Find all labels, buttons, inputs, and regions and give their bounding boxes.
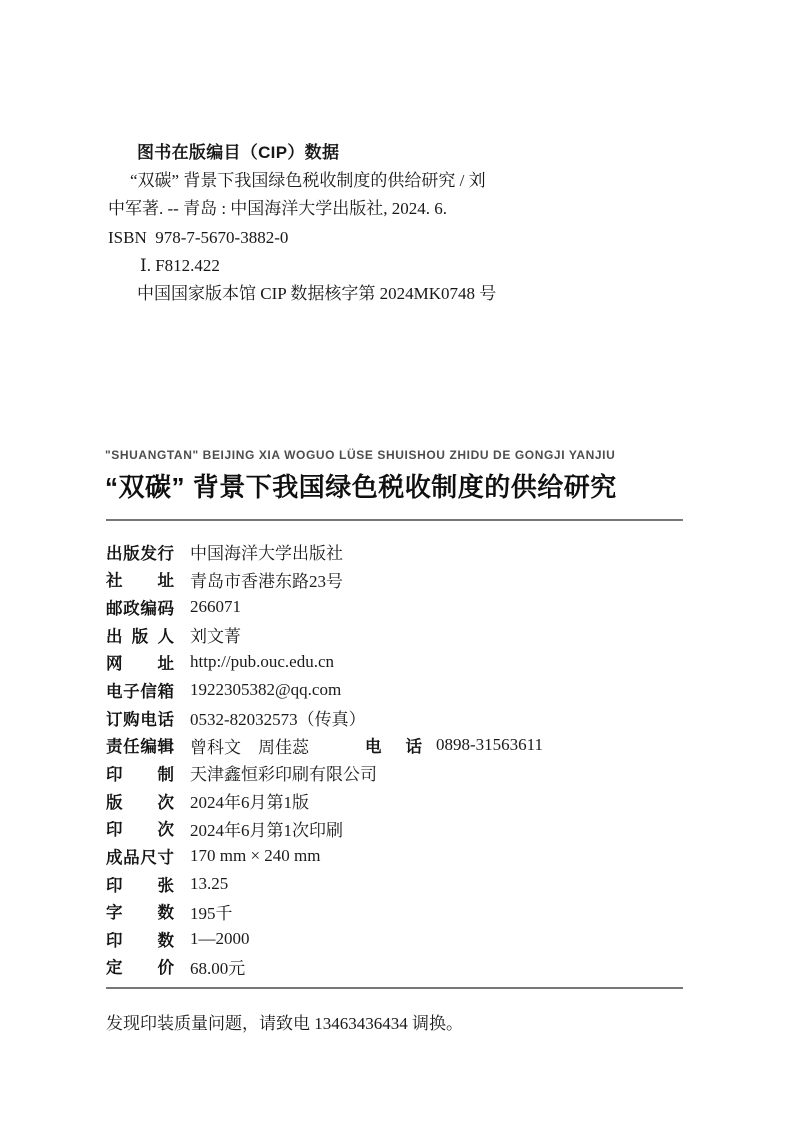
- colophon-table: 出版发行 中国海洋大学出版社 社址 青岛市香港东路23号 邮政编码 266071…: [106, 538, 543, 980]
- row-value: 266071: [190, 597, 241, 617]
- colophon-row-editors: 责任编辑 曾科文 周佳蕊 电话 0898-31563611: [106, 731, 543, 759]
- copyright-page: 图书在版编目（CIP）数据 “双碳” 背景下我国绿色税收制度的供给研究 / 刘 …: [0, 0, 799, 1137]
- colophon-row-printer: 印制 天津鑫恒彩印刷有限公司: [106, 759, 543, 787]
- divider-top: [106, 519, 683, 521]
- row-value: http://pub.ouc.edu.cn: [190, 652, 334, 672]
- row-label: 印数: [106, 927, 174, 951]
- row-value: 青岛市香港东路23号: [190, 567, 343, 592]
- row-label: 字数: [106, 899, 174, 923]
- divider-bottom: [106, 987, 683, 989]
- row-value: 中国海洋大学出版社: [190, 539, 343, 564]
- row-value: 13.25: [190, 874, 228, 894]
- colophon-row-address: 社址 青岛市香港东路23号: [106, 566, 543, 594]
- row-label: 印次: [106, 816, 174, 840]
- row-value: 1—2000: [190, 929, 250, 949]
- colophon-row-print-run: 印数 1—2000: [106, 925, 543, 953]
- row-value: 曾科文 周佳蕊: [190, 733, 309, 758]
- row-label: 出版发行: [106, 540, 174, 564]
- colophon-row-trim-size: 成品尺寸 170 mm × 240 mm: [106, 842, 543, 870]
- colophon-row-publisher-person: 出版人 刘文菁: [106, 621, 543, 649]
- row-value: 1922305382@qq.com: [190, 680, 341, 700]
- row-label: 订购电话: [106, 706, 174, 730]
- colophon-row-website: 网址 http://pub.ouc.edu.cn: [106, 649, 543, 677]
- phone-label: 电话: [365, 733, 422, 757]
- phone-value: 0898-31563611: [436, 735, 543, 755]
- row-value: 195千: [190, 899, 233, 924]
- row-label: 网址: [106, 650, 174, 674]
- row-label: 社址: [106, 567, 174, 591]
- row-value: 0532-82032573（传真）: [190, 705, 366, 730]
- cip-line-classification: Ⅰ. F812.422: [140, 252, 496, 280]
- cip-line-publisher: 中军著. -- 青岛 : 中国海洋大学出版社, 2024. 6.: [108, 195, 496, 223]
- row-label: 印制: [106, 761, 174, 785]
- colophon-row-publisher: 出版发行 中国海洋大学出版社: [106, 538, 543, 566]
- row-value: 2024年6月第1版: [190, 788, 309, 813]
- colophon-row-sheets: 印张 13.25: [106, 870, 543, 898]
- colophon-row-postcode: 邮政编码 266071: [106, 593, 543, 621]
- row-label: 印张: [106, 872, 174, 896]
- cip-line-registry: 中国国家版本馆 CIP 数据核字第 2024MK0748 号: [137, 280, 496, 308]
- colophon-row-impression: 印次 2024年6月第1次印刷: [106, 814, 543, 842]
- row-label: 版次: [106, 789, 174, 813]
- row-label: 出版人: [106, 623, 174, 647]
- colophon-row-email: 电子信箱 1922305382@qq.com: [106, 676, 543, 704]
- row-label: 责任编辑: [106, 733, 174, 757]
- title-block: "SHUANGTAN" BEIJING XIA WOGUO LÜSE SHUIS…: [105, 448, 617, 504]
- row-value: 68.00元: [190, 954, 245, 979]
- row-value: 170 mm × 240 mm: [190, 846, 320, 866]
- book-title: “双碳” 背景下我国绿色税收制度的供给研究: [105, 467, 617, 504]
- book-title-pinyin: "SHUANGTAN" BEIJING XIA WOGUO LÜSE SHUIS…: [105, 448, 617, 462]
- cip-line-isbn: ISBN 978-7-5670-3882-0: [108, 224, 496, 252]
- row-value: 天津鑫恒彩印刷有限公司: [190, 760, 377, 785]
- colophon-row-word-count: 字数 195千: [106, 897, 543, 925]
- colophon-row-edition: 版次 2024年6月第1版: [106, 787, 543, 815]
- row-value: 2024年6月第1次印刷: [190, 816, 343, 841]
- row-label: 定价: [106, 954, 174, 978]
- colophon-row-order-phone: 订购电话 0532-82032573（传真）: [106, 704, 543, 732]
- row-label: 电子信箱: [106, 678, 174, 702]
- cip-heading: 图书在版编目（CIP）数据: [137, 139, 496, 167]
- row-label: 成品尺寸: [106, 844, 174, 868]
- quality-note: 发现印装质量问题，请致电 13463436434 调换。: [106, 1009, 463, 1034]
- row-value: 刘文菁: [190, 622, 241, 647]
- cip-block: 图书在版编目（CIP）数据 “双碳” 背景下我国绿色税收制度的供给研究 / 刘 …: [106, 139, 496, 308]
- cip-line-title: “双碳” 背景下我国绿色税收制度的供给研究 / 刘: [130, 167, 496, 195]
- row-label: 邮政编码: [106, 595, 174, 619]
- colophon-row-price: 定价 68.00元: [106, 953, 543, 981]
